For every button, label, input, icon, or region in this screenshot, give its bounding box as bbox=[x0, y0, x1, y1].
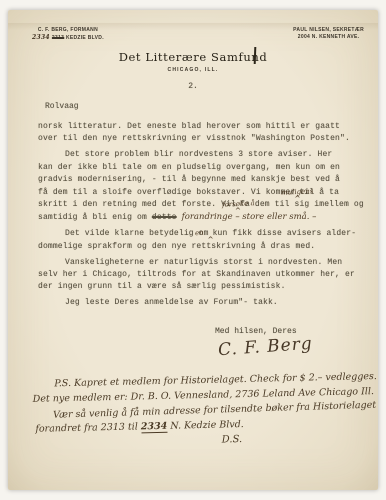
letterhead-left: C. F. BERG, FORMANN 23342313 KEDZIE BLVD… bbox=[32, 27, 104, 42]
paragraph-5: Jeg leste Deres anmeldelse av Forum"- ta… bbox=[38, 297, 363, 309]
typed-line: der ingen grunn til a være så særlig pes… bbox=[38, 281, 363, 293]
society-title: Det Litterære Samfund bbox=[8, 50, 378, 64]
paragraph-2: Det store problem blir nordvestens 3 sto… bbox=[38, 149, 363, 224]
typed-line: gradvis modernisering, - til å begynne m… bbox=[38, 174, 363, 186]
postscript-block: P.S. Kapret et medlem for Historielaget.… bbox=[32, 369, 370, 452]
handwritten-insert: en bbox=[194, 227, 203, 240]
typed-line: over til den nye rettskrivning er visstn… bbox=[38, 133, 363, 145]
handwritten-insert: muligens bbox=[281, 185, 314, 199]
paragraph-1: norsk litteratur. Det eneste blad herove… bbox=[38, 121, 363, 146]
paragraph-4: Vanskeligheterne er naturligvis storst i… bbox=[38, 257, 363, 294]
handwritten-address-number: 2334 bbox=[32, 34, 50, 41]
street-name: KEDZIE BLVD. bbox=[66, 35, 104, 41]
formann-name: C. F. BERG, FORMANN bbox=[32, 27, 104, 34]
formann-address: 23342313 KEDZIE BLVD. bbox=[32, 34, 104, 42]
typed-line-with-strikeout: samtidig å bli enig om dette forandringe… bbox=[38, 211, 363, 224]
typed-line: kan der ikke bli tale om en pludselig ov… bbox=[38, 162, 363, 174]
typed-line-with-insert: skritt i den retning med det forste. Vil… bbox=[38, 199, 363, 211]
typed-line: selv her i Chicago, tiltrods for at Skan… bbox=[38, 269, 363, 281]
sekretaer-name: PAUL NILSEN, SEKRETÆR bbox=[293, 27, 364, 34]
underlined-new-number: 2334 bbox=[141, 421, 168, 434]
society-city: CHICAGO, ILL. bbox=[8, 67, 378, 73]
typed-line-with-insert: få dem til a sloife overflødige bokstave… bbox=[38, 187, 363, 199]
typed-line: dommelige sprakform og den nye rettskriv… bbox=[38, 241, 363, 253]
handwritten-phrase: forandringe – store eller små. – bbox=[182, 212, 317, 222]
struck-word: dette bbox=[152, 213, 177, 222]
struck-address-number: 2313 bbox=[52, 35, 64, 41]
addressee-note: Rolvaag bbox=[45, 102, 79, 111]
page-number: 2. bbox=[8, 82, 378, 91]
letter-body: norsk litteratur. Det eneste blad herove… bbox=[38, 121, 363, 313]
handwritten-insert: forsøke å bbox=[222, 197, 255, 211]
typed-line: Vanskeligheterne er naturligvis storst i… bbox=[38, 257, 363, 269]
typed-line-with-insert: Det vilde klarne betydelig omenkun fikk … bbox=[38, 228, 363, 240]
typed-line: Jeg leste Deres anmeldelse av Forum"- ta… bbox=[38, 297, 363, 309]
typed-line: norsk litteratur. Det eneste blad herove… bbox=[38, 121, 363, 133]
paragraph-3: Det vilde klarne betydelig omenkun fikk … bbox=[38, 228, 363, 253]
typed-line: Det store problem blir nordvestens 3 sto… bbox=[38, 149, 363, 161]
letter-paper: C. F. BERG, FORMANN 23342313 KEDZIE BLVD… bbox=[8, 10, 378, 490]
sekretaer-address: 2004 N. KENNETH AVE. bbox=[293, 34, 364, 41]
letterhead-right: PAUL NILSEN, SEKRETÆR 2004 N. KENNETH AV… bbox=[293, 27, 364, 41]
signature: C. F. Berg bbox=[217, 334, 313, 361]
